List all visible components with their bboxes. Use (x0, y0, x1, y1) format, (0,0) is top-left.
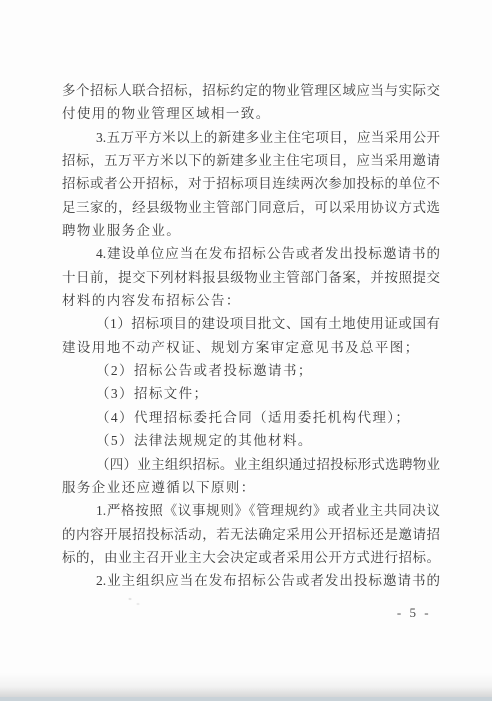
text-line: 标的，由业主召开业主大会决定或者采用公开方式进行招标。 (62, 546, 440, 569)
text-line: 付使用的物业管理区域相一致。 (62, 102, 440, 125)
text-line: （4）代理招标委托合同（适用委托机构代理）； (62, 406, 440, 429)
text-line: 建设用地不动产权证、规划方案审定意见书及总平图； (62, 336, 440, 359)
text-line: 1.严格按照《议事规则》《管理规约》或者业主共同决议 (62, 499, 440, 522)
text-line: 服务企业还应遵循以下原则： (62, 476, 440, 499)
text-line: （2）招标公告或者投标邀请书； (62, 359, 440, 382)
text-line: 招标，五万平方米以下的新建多业主住宅项目，应当采用邀请 (62, 149, 440, 172)
text-line: 材料的内容发布招标公告： (62, 289, 440, 312)
text-line: 多个招标人联合招标，招标约定的物业管理区域应当与实际交 (62, 79, 440, 102)
page-number: - 5 - (368, 605, 460, 621)
scanned-document-page: 多个招标人联合招标，招标约定的物业管理区域应当与实际交 付使用的物业管理区域相一… (0, 0, 492, 701)
text-line: 2.业主组织应当在发布招标公告或者发出投标邀请书的 (62, 569, 440, 592)
text-line: 足三家的，经县级物业主管部门同意后，可以采用协议方式选 (62, 196, 440, 219)
text-line: 十日前，提交下列材料报县级物业主管部门备案，并按照提交 (62, 266, 440, 289)
document-text-block: 多个招标人联合招标，招标约定的物业管理区域应当与实际交 付使用的物业管理区域相一… (62, 79, 440, 593)
text-line: （3）招标文件； (62, 382, 440, 405)
text-line: 招标或者公开招标，对于招标项目连续两次参加投标的单位不 (62, 172, 440, 195)
text-line: 的内容开展招投标活动，若无法确定采用公开招标还是邀请招 (62, 523, 440, 546)
text-line: 4.建设单位应当在发布招标公告或者发出投标邀请书的 (62, 242, 440, 265)
scan-smudge (127, 597, 143, 606)
text-line: （5）法律法规规定的其他材料。 (62, 429, 440, 452)
text-line: 3.五万平方米以上的新建多业主住宅项目，应当采用公开 (62, 126, 440, 149)
text-line: 聘物业服务企业。 (62, 219, 440, 242)
text-line: （1）招标项目的建设项目批文、国有土地使用证或国有 (62, 312, 440, 335)
page-bottom-edge (0, 687, 492, 701)
text-line: （四）业主组织招标。业主组织通过招投标形式选聘物业 (62, 453, 440, 476)
